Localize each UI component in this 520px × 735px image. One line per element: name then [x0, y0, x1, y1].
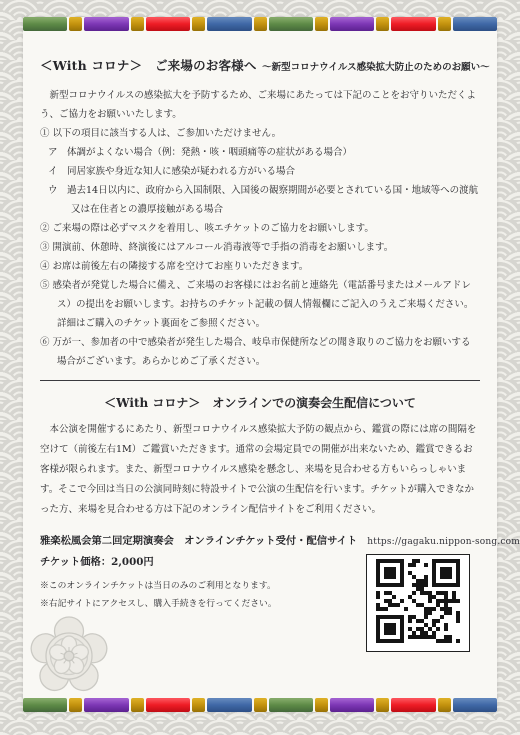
- section1-title-main: ＜With コロナ＞ ご来場のお客様へ: [40, 58, 257, 73]
- ribbon-bar-gold: [192, 698, 205, 712]
- ribbon-bar-green: [269, 17, 313, 31]
- flower-crest-icon: [29, 615, 109, 697]
- ribbon-bar-purple: [330, 698, 374, 712]
- ribbon-bar-gold: [131, 17, 144, 31]
- rule-line: ⑤ 感染者が発覚した場合に備え、ご来場のお客様にはお名前と連絡先（電話番号または…: [40, 276, 480, 314]
- ribbon-bar-green: [269, 698, 313, 712]
- section-divider: [40, 380, 480, 381]
- section2-title: ＜With コロナ＞ オンラインでの演奏会生配信について: [40, 394, 480, 411]
- ribbon-border: [23, 17, 497, 31]
- streaming-paragraph: 本公演を開催するにあたり、新型コロナウイルス感染拡大予防の観点から、鑑賞の際には…: [40, 420, 480, 520]
- ticket-site-label: 雅楽松風会第二回定期演奏会 オンラインチケット受付・配信サイト: [40, 532, 357, 547]
- ribbon-bar-gold: [376, 698, 389, 712]
- ribbon-bar-red: [391, 698, 435, 712]
- rule-line: ③ 開演前、休憩時、終演後にはアルコール消毒液等で手指の消毒をお願いします。: [40, 238, 480, 257]
- ribbon-bar-purple: [84, 698, 128, 712]
- ribbon-bar-gold: [69, 698, 82, 712]
- ribbon-bar-gold: [376, 17, 389, 31]
- ribbon-bar-purple: [330, 17, 374, 31]
- ticket-site-url: https://gagaku.nippon-song.com: [367, 537, 520, 547]
- rule-line: ⑥ 万が一、参加者の中で感染者が発生した場合、岐阜市保健所などの聞き取りのご協力…: [40, 333, 480, 371]
- ribbon-bar-blue: [453, 698, 497, 712]
- ribbon-bar-green: [23, 17, 67, 31]
- ribbon-bar-blue: [453, 17, 497, 31]
- ribbon-bar-gold: [315, 698, 328, 712]
- flyer-page: ＜With コロナ＞ ご来場のお客様へ ～新型コロナウイルス感染拡大防止のための…: [0, 0, 520, 735]
- section1-title-sub: ～新型コロナウイルス感染拡大防止のためのお願い～: [262, 62, 489, 73]
- ribbon-bar-green: [23, 698, 67, 712]
- ribbon-bar-gold: [69, 17, 82, 31]
- paper-sheet: ＜With コロナ＞ ご来場のお客様へ ～新型コロナウイルス感染拡大防止のための…: [23, 17, 497, 712]
- ribbon-bar-gold: [438, 17, 451, 31]
- ribbon-bar-gold: [131, 698, 144, 712]
- rule-line: ア 体調がよくない場合（例：発熱・咳・咽頭痛等の症状がある場合）: [48, 143, 480, 162]
- ribbon-bar-gold: [438, 698, 451, 712]
- ribbon-bar-red: [146, 17, 190, 31]
- ribbon-bar-gold: [254, 17, 267, 31]
- ribbon-bar-gold: [192, 17, 205, 31]
- rule-line: イ 同居家族や身近な知人に感染が疑われる方がいる場合: [48, 162, 480, 181]
- ribbon-bar-red: [391, 17, 435, 31]
- ribbon-bar-blue: [207, 698, 251, 712]
- qr-code-modules: [376, 559, 460, 647]
- ribbon-bar-red: [146, 698, 190, 712]
- ticket-site-row: 雅楽松風会第二回定期演奏会 オンラインチケット受付・配信サイト https://…: [40, 532, 480, 547]
- section1-title: ＜With コロナ＞ ご来場のお客様へ ～新型コロナウイルス感染拡大防止のための…: [40, 55, 480, 74]
- rule-line: ④ お席は前後左右の隣接する席を空けてお座りいただきます。: [40, 257, 480, 276]
- rule-line: ② ご来場の際は必ずマスクを着用し、咳エチケットのご協力をお願いします。: [40, 219, 480, 238]
- ribbon-bar-gold: [254, 698, 267, 712]
- flyer-content: ＜With コロナ＞ ご来場のお客様へ ～新型コロナウイルス感染拡大防止のための…: [40, 31, 480, 613]
- ribbon-border: [23, 698, 497, 712]
- rule-line: ウ 過去14日以内に、政府から入国制限、入国後の観察期間が必要とされている国・地…: [48, 181, 480, 219]
- rule-line: ① 以下の項目に該当する人は、ご参加いただけません。: [40, 124, 480, 143]
- rule-line: 詳細はご購入のチケット裏面をご参照ください。: [40, 314, 480, 333]
- ribbon-bar-blue: [207, 17, 251, 31]
- ribbon-bar-purple: [84, 17, 128, 31]
- ribbon-bar-gold: [315, 17, 328, 31]
- intro-paragraph: 新型コロナウイルスの感染拡大を予防するため、ご来場にあたっては下記のことをお守り…: [40, 86, 480, 124]
- qr-code: [366, 554, 470, 652]
